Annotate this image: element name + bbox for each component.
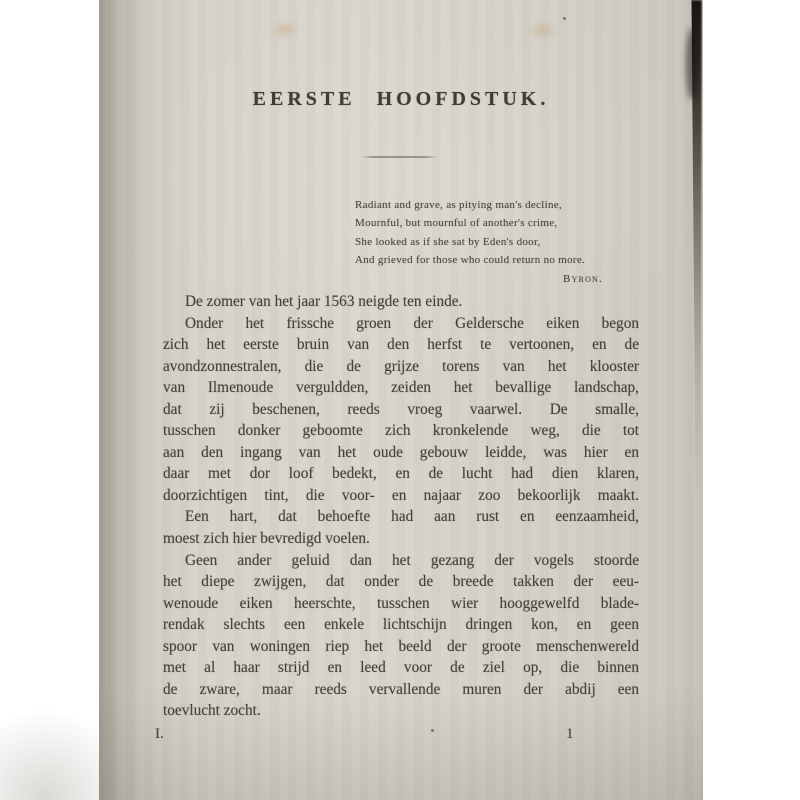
body-line: de zware, maar reeds vervallende muren d… [163, 679, 639, 701]
book-photo: EERSTE HOOFDSTUK. Radiant and grave, as … [0, 0, 800, 800]
body-line: toevlucht zocht. [163, 700, 639, 722]
ink-speck [431, 729, 434, 732]
epigraph: Radiant and grave, as pitying man's decl… [355, 196, 627, 288]
epigraph-lines: Radiant and grave, as pitying man's decl… [355, 196, 627, 269]
body-line: moest zich hier bevredigd voelen. [163, 528, 639, 550]
body-line: met al haar strijd en leed voor de ziel … [163, 657, 639, 679]
book-page: EERSTE HOOFDSTUK. Radiant and grave, as … [99, 0, 703, 800]
body-line: aan den ingang van het oude gebouw leidd… [163, 442, 639, 464]
body-line: De zomer van het jaar 1563 neigde ten ei… [163, 291, 639, 313]
body-line: het diepe zwijgen, dat onder de breede t… [163, 571, 639, 593]
body-line: tusschen donker geboomte zich kronkelend… [163, 420, 639, 442]
ink-speck [563, 17, 566, 20]
body-line: avondzonnestralen, die de grijze torens … [163, 356, 639, 378]
foxing-spot [270, 21, 300, 38]
body-text: De zomer van het jaar 1563 neigde ten ei… [163, 291, 639, 722]
epigraph-line: And grieved for those who could return n… [355, 251, 627, 269]
body-line: rendak slechts een enkele lichtschijn dr… [163, 614, 639, 636]
epigraph-attribution: Byron. [355, 270, 627, 288]
signature-mark: I. [155, 726, 164, 743]
title-divider [360, 156, 438, 158]
epigraph-line: Mournful, but mournful of another's crim… [355, 214, 627, 232]
body-line: Geen ander geluid dan het gezang der vog… [163, 550, 639, 572]
body-line: Een hart, dat behoefte had aan rust en e… [163, 506, 639, 528]
body-line: doorzichtigen tint, die voor- en najaar … [163, 485, 639, 507]
body-line: wenoude eiken heerschte, tusschen wier h… [163, 593, 639, 615]
foxing-spot [526, 22, 558, 39]
page-number: 1 [566, 726, 574, 743]
body-line: daar met dor loof bedekt, en de lucht ha… [163, 463, 639, 485]
body-line: zich het eerste bruin van den herfst te … [163, 334, 639, 356]
body-line: dat zij beschenen, reeds vroeg vaarwel. … [163, 399, 639, 421]
epigraph-line: Radiant and grave, as pitying man's decl… [355, 196, 627, 214]
body-line: Onder het frissche groen der Geldersche … [163, 313, 639, 335]
epigraph-line: She looked as if she sat by Eden's door, [355, 233, 627, 251]
body-line: van Ilmenoude verguldden, zeiden het bev… [163, 377, 639, 399]
chapter-title: EERSTE HOOFDSTUK. [99, 88, 703, 111]
body-line: spoor van woningen riep het beeld der gr… [163, 636, 639, 658]
